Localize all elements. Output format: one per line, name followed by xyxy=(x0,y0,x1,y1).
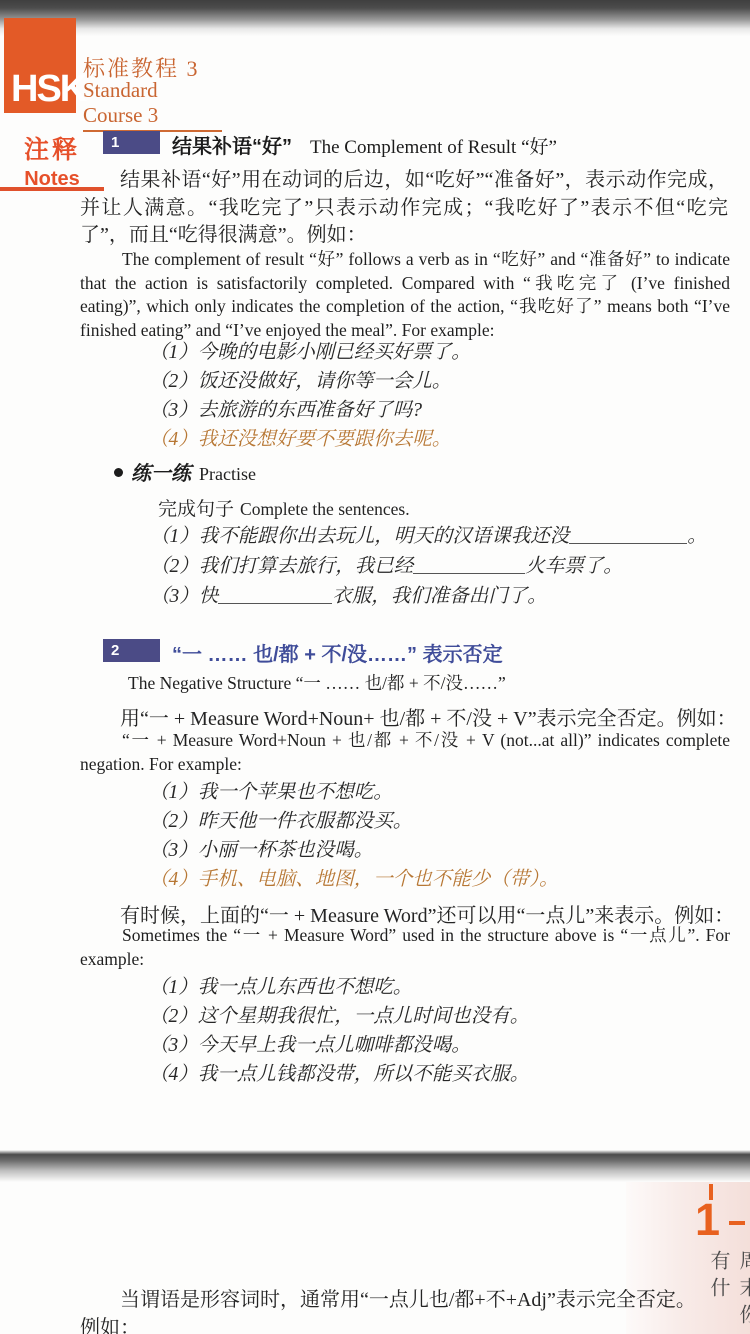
section-2-paragraph1-en: “一 + Measure Word+Noun + 也/都 + 不/没 + V (… xyxy=(80,729,730,776)
practise-item-text: （3）快 xyxy=(150,586,218,607)
practise-item-text: （2）我们打算去旅行，我已经 xyxy=(150,556,413,577)
section-1-paragraph-cn: 结果补语“好”用在动词的后边，如“吃好”“准备好”，表示动作完成，并让人满意。“… xyxy=(80,167,728,250)
notes-label-cn: 注释 xyxy=(0,130,104,166)
section-2-title: “一 …… 也/都 + 不/没……” 表示否定 xyxy=(172,638,503,667)
example-line: （2）这个星期我很忙，一点儿时间也没有。 xyxy=(149,1002,529,1031)
lesson-title-vertical: 周末你有什 xyxy=(704,1250,750,1334)
example-line-highlighted: （4）手机、电脑、地图，一个也不能少（带）。 xyxy=(149,865,559,894)
bullet-icon xyxy=(114,468,123,477)
practise-item: （1）我不能跟你出去玩儿，明天的汉语课我还没。 xyxy=(150,522,707,552)
practise-instruction-en: Complete the sentences. xyxy=(240,499,410,519)
next-page-paragraph-more: 例如： xyxy=(80,1311,140,1334)
fill-in-blank[interactable] xyxy=(218,588,332,604)
practise-heading: 练一练Practise xyxy=(114,457,256,486)
fill-in-blank[interactable] xyxy=(413,558,525,574)
section-1-examples: （1）今晚的电影小刚已经买好票了。 （2）饭还没做好，请你等一会儿。 （3）去旅… xyxy=(149,338,471,454)
practise-item-text: 火车票了。 xyxy=(525,556,623,577)
section-1-title-cn: 结果补语“好” xyxy=(172,136,292,158)
example-line: （2）昨天他一件衣服都没买。 xyxy=(149,807,559,836)
section-1-title-en: The Complement of Result “好” xyxy=(310,137,557,158)
series-title-en: Standard Course 3 xyxy=(83,78,222,132)
fill-in-blank[interactable] xyxy=(569,528,687,544)
example-line: （3）去旅游的东西准备好了吗? xyxy=(149,396,471,425)
section-1-number: 1 xyxy=(103,131,160,154)
hsk-logo-text: HSK xyxy=(11,68,85,111)
practise-heading-en: Practise xyxy=(199,464,256,484)
example-line: （3）小丽一杯茶也没喝。 xyxy=(149,836,559,865)
practise-instruction: 完成句子Complete the sentences. xyxy=(158,494,410,521)
lesson-tab-dash-horizontal xyxy=(729,1221,745,1225)
lesson-number: 1 xyxy=(695,1196,720,1244)
section-2-paragraph2-en: Sometimes the “一 + Measure Word” used in… xyxy=(80,924,730,971)
practise-items: （1）我不能跟你出去玩儿，明天的汉语课我还没。 （2）我们打算去旅行，我已经火车… xyxy=(150,522,707,612)
section-1-title: 结果补语“好” The Complement of Result “好” xyxy=(172,130,557,159)
example-line: （4）我一点儿钱都没带，所以不能买衣服。 xyxy=(149,1060,529,1089)
example-line-highlighted: （4）我还没想好要不要跟你去呢。 xyxy=(149,425,471,454)
page-top-shadow xyxy=(0,0,750,36)
textbook-page: HSK 标准教程 3 Standard Course 3 注释 Notes 1 … xyxy=(0,0,750,1334)
section-2-number: 2 xyxy=(103,639,160,662)
section-2-title-en: The Negative Structure “一 …… 也/都 + 不/没……… xyxy=(128,670,506,695)
practise-item-text: 衣服，我们准备出门了。 xyxy=(332,586,547,607)
section-2-examples-2: （1）我一点儿东西也不想吃。 （2）这个星期我很忙，一点儿时间也没有。 （3）今… xyxy=(149,973,529,1089)
practise-heading-cn: 练一练 xyxy=(131,463,191,485)
section-2-badge: 2 xyxy=(103,639,160,662)
section-2-paragraph1-cn: 用“一 + Measure Word+Noun+ 也/都 + 不/没 + V”表… xyxy=(80,702,737,731)
practise-instruction-cn: 完成句子 xyxy=(158,499,234,520)
example-line: （1）我一个苹果也不想吃。 xyxy=(149,778,559,807)
practise-item-text: （1）我不能跟你出去玩儿，明天的汉语课我还没 xyxy=(150,526,569,547)
example-line: （2）饭还没做好，请你等一会儿。 xyxy=(149,367,471,396)
practise-item: （2）我们打算去旅行，我已经火车票了。 xyxy=(150,552,707,582)
practise-item: （3）快衣服，我们准备出门了。 xyxy=(150,582,707,612)
example-line: （1）今晚的电影小刚已经买好票了。 xyxy=(149,338,471,367)
practise-item-text: 。 xyxy=(687,526,707,547)
next-page-paragraph-cn: 当谓语是形容词时，通常用“一点儿也/都+不+Adj”表示完全否定。 xyxy=(80,1283,696,1312)
section-1-paragraph-en: The complement of result “好” follows a v… xyxy=(80,248,730,342)
section-2-examples-1: （1）我一个苹果也不想吃。 （2）昨天他一件衣服都没买。 （3）小丽一杯茶也没喝… xyxy=(149,778,559,894)
example-line: （1）我一点儿东西也不想吃。 xyxy=(149,973,529,1002)
hsk-logo-block: HSK xyxy=(4,18,76,113)
example-line: （3）今天早上我一点儿咖啡都没喝。 xyxy=(149,1031,529,1060)
page-break-shadow xyxy=(0,1150,750,1182)
section-1-badge: 1 xyxy=(103,131,160,154)
section-2-title-cn: “一 …… 也/都 + 不/没……” 表示否定 xyxy=(172,644,503,666)
